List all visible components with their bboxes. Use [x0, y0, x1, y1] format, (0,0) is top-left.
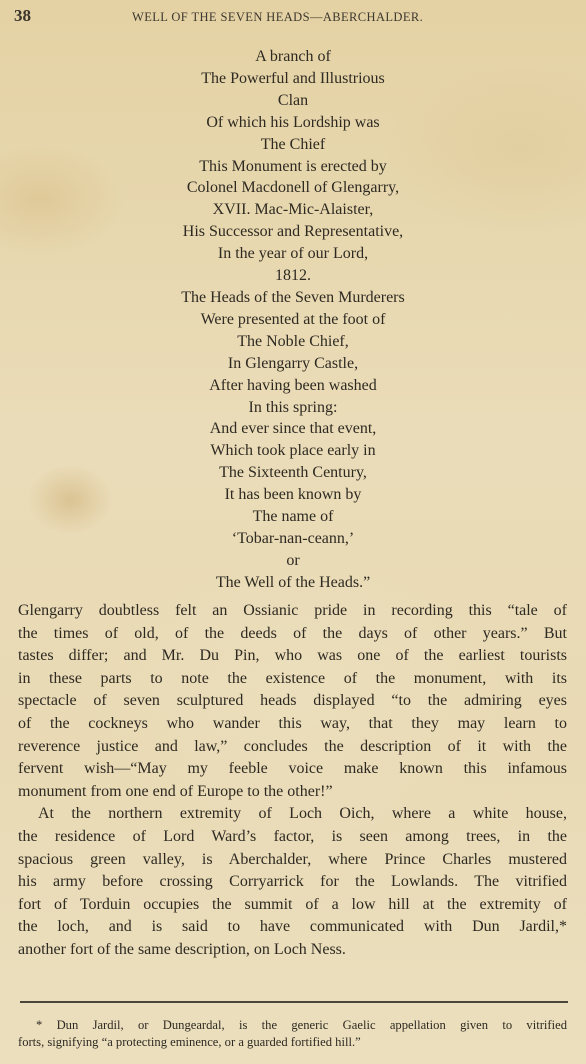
footnote-line: * Dun Jardil, or Dungeardal, is the gene… — [18, 1017, 567, 1034]
inscription-line: Of which his Lordship was — [0, 112, 586, 134]
text-line: another fort of the same description, on… — [18, 939, 567, 962]
text-line: reverence justice and law,” concludes th… — [18, 736, 567, 759]
inscription-line: In Glengarry Castle, — [0, 353, 586, 375]
text-line: At the northern extremity of Loch Oich, … — [18, 803, 567, 826]
body-text: Glengarry doubtless felt an Ossianic pri… — [18, 600, 567, 962]
inscription-line: The name of — [0, 506, 586, 528]
footnote-line: forts, signifying “a protecting eminence… — [18, 1034, 567, 1051]
page-number: 38 — [14, 6, 31, 26]
inscription-line: After having been washed — [0, 375, 586, 397]
inscription-line: A branch of — [0, 46, 586, 68]
inscription-line: His Successor and Representative, — [0, 221, 586, 243]
inscription-line: Which took place early in — [0, 440, 586, 462]
paragraph-1: Glengarry doubtless felt an Ossianic pri… — [18, 600, 567, 803]
inscription-line: 1812. — [0, 265, 586, 287]
text-line: in these parts to note the existence of … — [18, 668, 567, 691]
text-line: of the cockneys who wander this way, tha… — [18, 713, 567, 736]
inscription-line: This Monument is erected by — [0, 156, 586, 178]
inscription-line: In this spring: — [0, 397, 586, 419]
inscription-line: In the year of our Lord, — [0, 243, 586, 265]
running-title: WELL OF THE SEVEN HEADS—ABERCHALDER. — [132, 10, 423, 25]
inscription-line: The Heads of the Seven Murderers — [0, 287, 586, 309]
text-line: tastes differ; and Mr. Du Pin, who was o… — [18, 645, 567, 668]
inscription-line: XVII. Mac-Mic-Alaister, — [0, 199, 586, 221]
inscription-line: The Noble Chief, — [0, 331, 586, 353]
text-line: spectacle of seven sculptured heads disp… — [18, 690, 567, 713]
book-page: 38 WELL OF THE SEVEN HEADS—ABERCHALDER. … — [0, 0, 586, 1064]
text-line: Glengarry doubtless felt an Ossianic pri… — [18, 600, 567, 623]
text-line: spacious green valley, is Aberchalder, w… — [18, 849, 567, 872]
inscription-line: And ever since that event, — [0, 418, 586, 440]
inscription-line: It has been known by — [0, 484, 586, 506]
text-line: monument from one end of Europe to the o… — [18, 781, 567, 804]
inscription-line: The Sixteenth Century, — [0, 462, 586, 484]
footnote-rule — [20, 1001, 568, 1003]
inscription-line: The Powerful and Illustrious — [0, 68, 586, 90]
text-line: fervent wish—“May my feeble voice make k… — [18, 758, 567, 781]
monument-inscription: A branch of The Powerful and Illustrious… — [0, 46, 586, 594]
footnote: * Dun Jardil, or Dungeardal, is the gene… — [18, 1017, 567, 1051]
inscription-line: Were presented at the foot of — [0, 309, 586, 331]
inscription-line: Colonel Macdonell of Glengarry, — [0, 177, 586, 199]
inscription-line: or — [0, 550, 586, 572]
inscription-line: The Chief — [0, 134, 586, 156]
text-line: the times of old, of the deeds of the da… — [18, 623, 567, 646]
inscription-line: Clan — [0, 90, 586, 112]
text-line: his army before crossing Corryarrick for… — [18, 871, 567, 894]
inscription-line: ‘Tobar-nan-ceann,’ — [0, 528, 586, 550]
paragraph-2: At the northern extremity of Loch Oich, … — [18, 803, 567, 961]
text-line: the residence of Lord Ward’s factor, is … — [18, 826, 567, 849]
inscription-line: The Well of the Heads.” — [0, 572, 586, 594]
text-line: fort of Torduin occupies the summit of a… — [18, 894, 567, 917]
text-line: the loch, and is said to have communicat… — [18, 916, 567, 939]
running-head: 38 WELL OF THE SEVEN HEADS—ABERCHALDER. — [0, 6, 586, 30]
